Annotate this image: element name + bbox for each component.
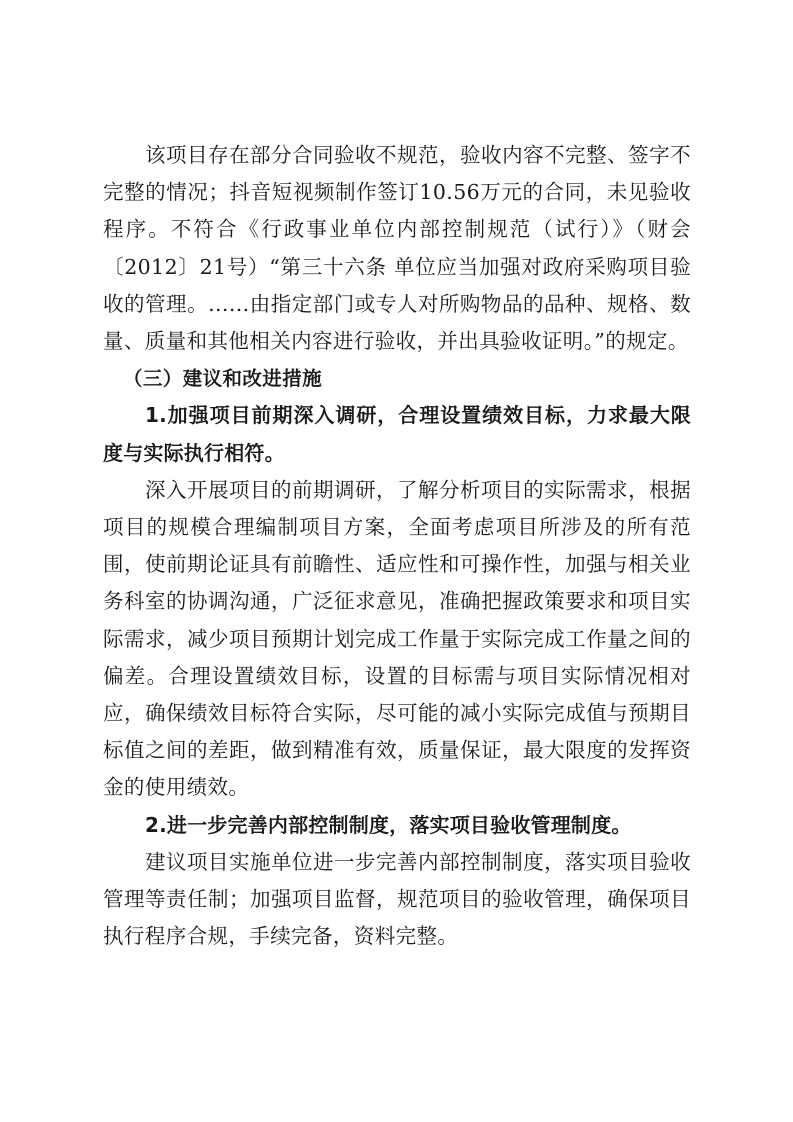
recommendation-1-heading: 1.加强项目前期深入调研，合理设置绩效目标，力求最大限度与实际执行相符。 [103,397,691,471]
section-heading-recommendations: （三）建议和改进措施 [103,360,691,397]
recommendation-2-heading: 2.进一步完善内部控制制度，落实项目验收管理制度。 [103,807,691,844]
paragraph-acceptance-issue: 该项目存在部分合同验收不规范，验收内容不完整、签字不完整的情况；抖音短视频制作签… [103,137,691,360]
recommendation-1-body: 深入开展项目的前期调研，了解分析项目的实际需求，根据项目的规模合理编制项目方案，… [103,472,691,807]
recommendation-2-body: 建议项目实施单位进一步完善内部控制制度，落实项目验收管理等责任制；加强项目监督，… [103,844,691,956]
document-page: 该项目存在部分合同验收不规范，验收内容不完整、签字不完整的情况；抖音短视频制作签… [103,137,691,955]
